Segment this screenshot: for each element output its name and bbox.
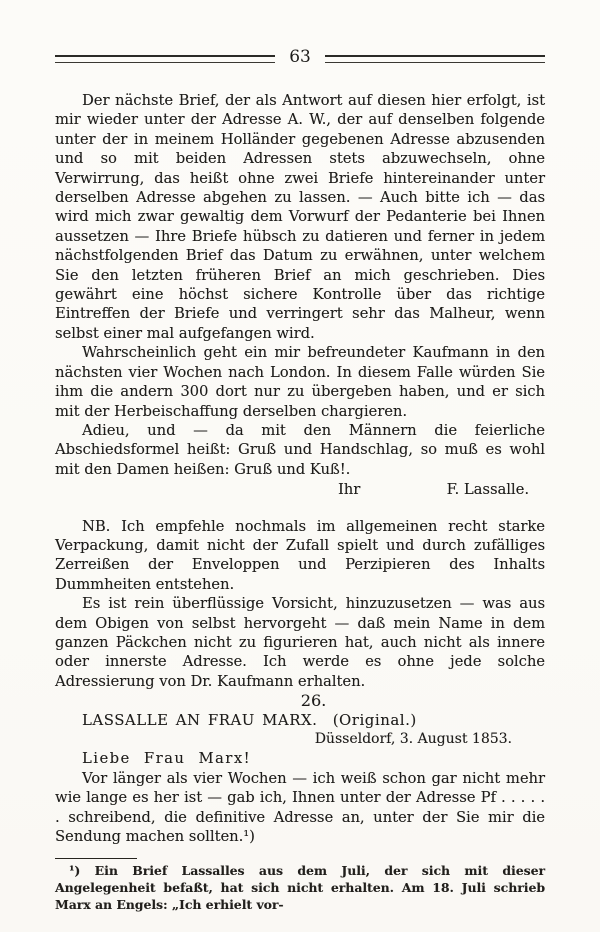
section-number: 26. — [55, 691, 545, 710]
letter-25-body: Der nächste Brief, der als Antwort auf d… — [55, 91, 545, 913]
letter-paragraph: Wahrscheinlich geht ein mir befreundeter… — [55, 343, 545, 421]
letter-postscript: NB. Ich empfehle nochmals im allgemeinen… — [55, 517, 545, 692]
footnote-text: ¹) Ein Brief Lassalles aus dem Juli, der… — [55, 863, 545, 913]
signature-salutation: Ihr — [338, 480, 360, 499]
letter-paragraph: Adieu, und — da mit den Männern die feie… — [55, 421, 545, 479]
section-heading: LASSALLE AN FRAU MARX. (Original.) — [55, 711, 545, 730]
signature-name: F. Lassalle. — [447, 480, 529, 499]
header-rule-left — [55, 55, 275, 63]
header-rule-right — [325, 55, 545, 63]
postscript-paragraph: NB. Ich empfehle nochmals im allgemeinen… — [55, 517, 545, 595]
letter-paragraph: Vor länger als vier Wochen — ich weiß sc… — [55, 769, 545, 847]
page-number: 63 — [275, 49, 325, 66]
scanned-book-page: 63 Der nächste Brief, der als Antwort au… — [0, 0, 600, 932]
footnote-divider — [55, 858, 137, 859]
postscript-paragraph: Es ist rein überflüssige Vorsicht, hinzu… — [55, 594, 545, 691]
letter-paragraph: Der nächste Brief, der als Antwort auf d… — [55, 91, 545, 343]
dateline: Düsseldorf, 3. August 1853. — [55, 730, 545, 749]
page-header: 63 — [55, 50, 545, 67]
letter-salutation: Liebe Frau Marx! — [55, 749, 545, 768]
signature-line: Ihr F. Lassalle. — [55, 480, 545, 499]
